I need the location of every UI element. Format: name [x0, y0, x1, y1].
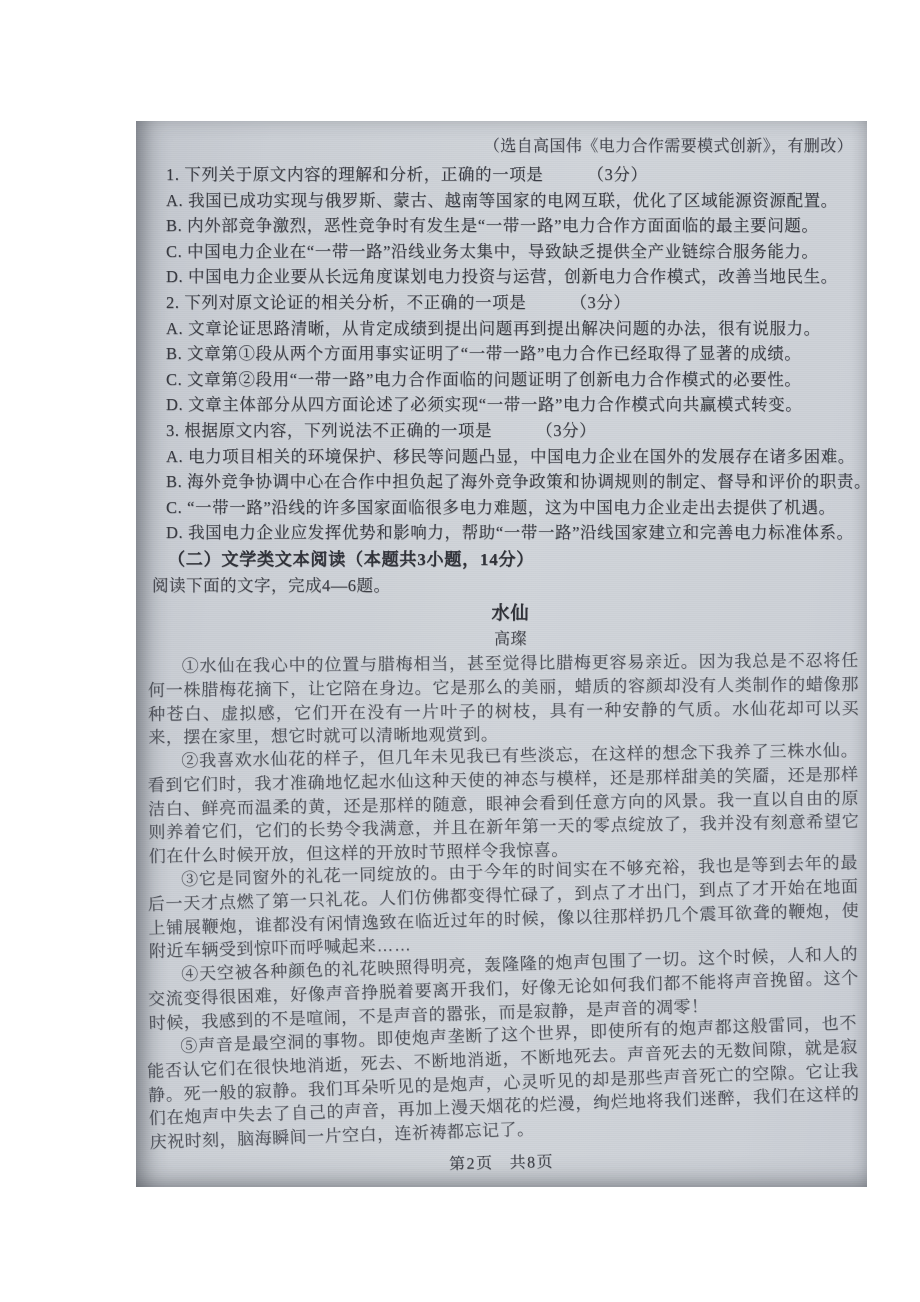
question-1: 1. 下列关于原文内容的理解和分析，正确的一项是（3分） A. 我国已成功实现与…	[166, 162, 855, 290]
question-3-option-a: A. 电力项目相关的环境保护、移民等问题凸显，中国电力企业在国外的发展存在诸多困…	[166, 444, 855, 470]
essay-paragraph-5: ⑤声音是最空洞的事物。即使炮声垄断了这个世界，即使所有的炮声都这般雷同，也不能否…	[146, 1011, 861, 1155]
question-3-score: （3分）	[536, 421, 596, 440]
question-2: 2. 下列对原文论证的相关分析，不正确的一项是（3分） A. 文章论证思路清晰，…	[166, 290, 855, 418]
scanned-exam-page: （选自高国伟《电力合作需要模式创新》，有删改） 1. 下列关于原文内容的理解和分…	[136, 121, 867, 1187]
question-1-option-b: B. 内外部竞争激烈，恶性竞争时有发生是“一带一路”电力合作方面面临的最主要问题…	[166, 213, 855, 239]
section-header: （二）文学类文本阅读（本题共3小题，14分）	[168, 547, 855, 573]
question-1-stem-text: 1. 下列关于原文内容的理解和分析，正确的一项是	[166, 165, 543, 184]
page-number: 第2页	[449, 1155, 494, 1173]
question-2-option-b: B. 文章第①段从两个方面用事实证明了“一带一路”电力合作已经取得了显著的成绩。	[166, 341, 855, 367]
reading-instruction: 阅读下面的文字，完成4—6题。	[152, 573, 855, 599]
question-1-option-d: D. 中国电力企业要从长远角度谋划电力投资与运营，创新电力合作模式，改善当地民生…	[166, 264, 855, 290]
page-content: （选自高国伟《电力合作需要模式创新》，有删改） 1. 下列关于原文内容的理解和分…	[166, 136, 855, 1155]
page-total: 共8页	[509, 1154, 554, 1172]
question-3-stem-text: 3. 根据原文内容，下列说法不正确的一项是	[166, 421, 492, 440]
question-1-option-a: A. 我国已成功实现与俄罗斯、蒙古、越南等国家的电网互联，优化了区域能源资源配置…	[166, 188, 855, 214]
question-2-option-d: D. 文章主体部分从四方面论述了必须实现“一带一路”电力合作模式向共赢模式转变。	[166, 392, 855, 418]
question-3-option-b: B. 海外竞争协调中心在合作中担负起了海外竞争政策和协调规则的制定、督导和评价的…	[166, 469, 855, 495]
question-2-score: （3分）	[570, 293, 630, 312]
question-2-option-c: C. 文章第②段用“一带一路”电力合作面临的问题证明了创新电力合作模式的必要性。	[166, 367, 855, 393]
question-2-stem-text: 2. 下列对原文论证的相关分析，不正确的一项是	[166, 293, 526, 312]
question-2-option-a: A. 文章论证思路清晰，从肯定成绩到提出问题再到提出解决问题的办法，很有说服力。	[166, 316, 855, 342]
question-2-stem: 2. 下列对原文论证的相关分析，不正确的一项是（3分）	[166, 290, 855, 316]
essay-paragraph-2: ②我喜欢水仙花的样子，但几年未见我已有些淡忘，在这样的想念下我养了三株水仙。看到…	[147, 739, 860, 869]
question-1-score: （3分）	[587, 165, 647, 184]
question-3-stem: 3. 根据原文内容，下列说法不正确的一项是（3分）	[166, 418, 855, 444]
question-1-stem: 1. 下列关于原文内容的理解和分析，正确的一项是（3分）	[166, 162, 855, 188]
question-3: 3. 根据原文内容，下列说法不正确的一项是（3分） A. 电力项目相关的环境保护…	[166, 418, 855, 546]
essay-body: ①水仙在我心中的位置与腊梅相当，甚至觉得比腊梅更容易亲近。因为我总是不忍将任何一…	[148, 655, 859, 1155]
question-3-option-d: D. 我国电力企业应发挥优势和影响力，帮助“一带一路”沿线国家建立和完善电力标准…	[166, 520, 855, 546]
essay-paragraph-1: ①水仙在我心中的位置与腊梅相当，甚至觉得比腊梅更容易亲近。因为我总是不忍将任何一…	[148, 649, 860, 750]
source-attribution: （选自高国伟《电力合作需要模式创新》，有删改）	[166, 136, 853, 158]
essay-title: 水仙	[166, 600, 855, 627]
question-3-option-c: C. “一带一路”沿线的许多国家面临很多电力难题，这为中国电力企业走出去提供了机…	[166, 495, 855, 521]
question-1-option-c: C. 中国电力企业在“一带一路”沿线业务太集中，导致缺乏提供全产业链综合服务能力…	[166, 239, 855, 265]
